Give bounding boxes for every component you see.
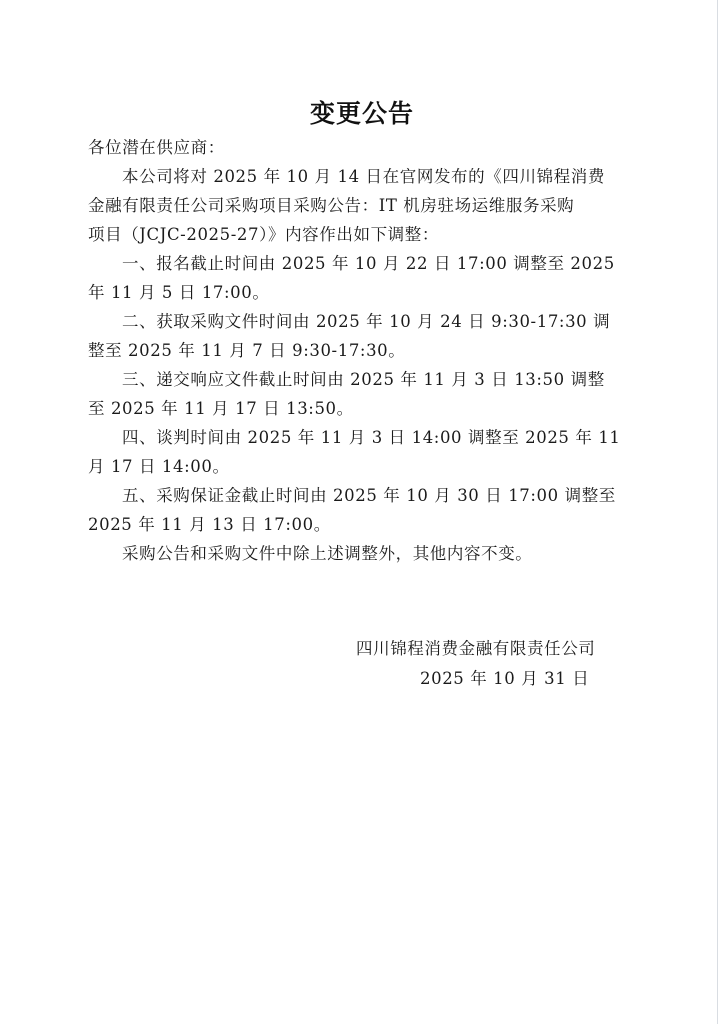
item-5-line: 2025 年 11 月 13 日 17:00。: [88, 510, 636, 539]
item-2-line: 二、获取采购文件时间由 2025 年 10 月 24 日 9:30-17:30 …: [88, 307, 636, 336]
item-3-line: 至 2025 年 11 月 17 日 13:50。: [88, 394, 636, 423]
closing-statement: 采购公告和采购文件中除上述调整外，其他内容不变。: [88, 539, 636, 568]
page-edge-line: [717, 0, 718, 1024]
salutation: 各位潜在供应商：: [88, 133, 636, 162]
item-3-line: 三、递交响应文件截止时间由 2025 年 11 月 3 日 13:50 调整: [88, 365, 636, 394]
intro-line: 本公司将对 2025 年 10 月 14 日在官网发布的《四川锦程消费: [88, 162, 636, 191]
item-4-line: 四、谈判时间由 2025 年 11 月 3 日 14:00 调整至 2025 年…: [88, 423, 636, 452]
signature-date: 2025 年 10 月 31 日: [356, 664, 595, 694]
intro-line: 金融有限责任公司采购项目采购公告：IT 机房驻场运维服务采购: [88, 191, 636, 220]
signature-block: 四川锦程消费金融有限责任公司 2025 年 10 月 31 日: [356, 634, 595, 694]
item-2-line: 整至 2025 年 11 月 7 日 9:30-17:30。: [88, 336, 636, 365]
document-body: 各位潜在供应商： 本公司将对 2025 年 10 月 14 日在官网发布的《四川…: [88, 133, 636, 568]
item-1-line: 一、报名截止时间由 2025 年 10 月 22 日 17:00 调整至 202…: [88, 249, 636, 278]
document-title: 变更公告: [0, 94, 724, 130]
item-1-line: 年 11 月 5 日 17:00。: [88, 278, 636, 307]
intro-line: 项目（JCJC-2025-27）》内容作出如下调整：: [88, 220, 636, 249]
item-5-line: 五、采购保证金截止时间由 2025 年 10 月 30 日 17:00 调整至: [88, 481, 636, 510]
item-4-line: 月 17 日 14:00。: [88, 452, 636, 481]
signature-company: 四川锦程消费金融有限责任公司: [356, 634, 595, 664]
